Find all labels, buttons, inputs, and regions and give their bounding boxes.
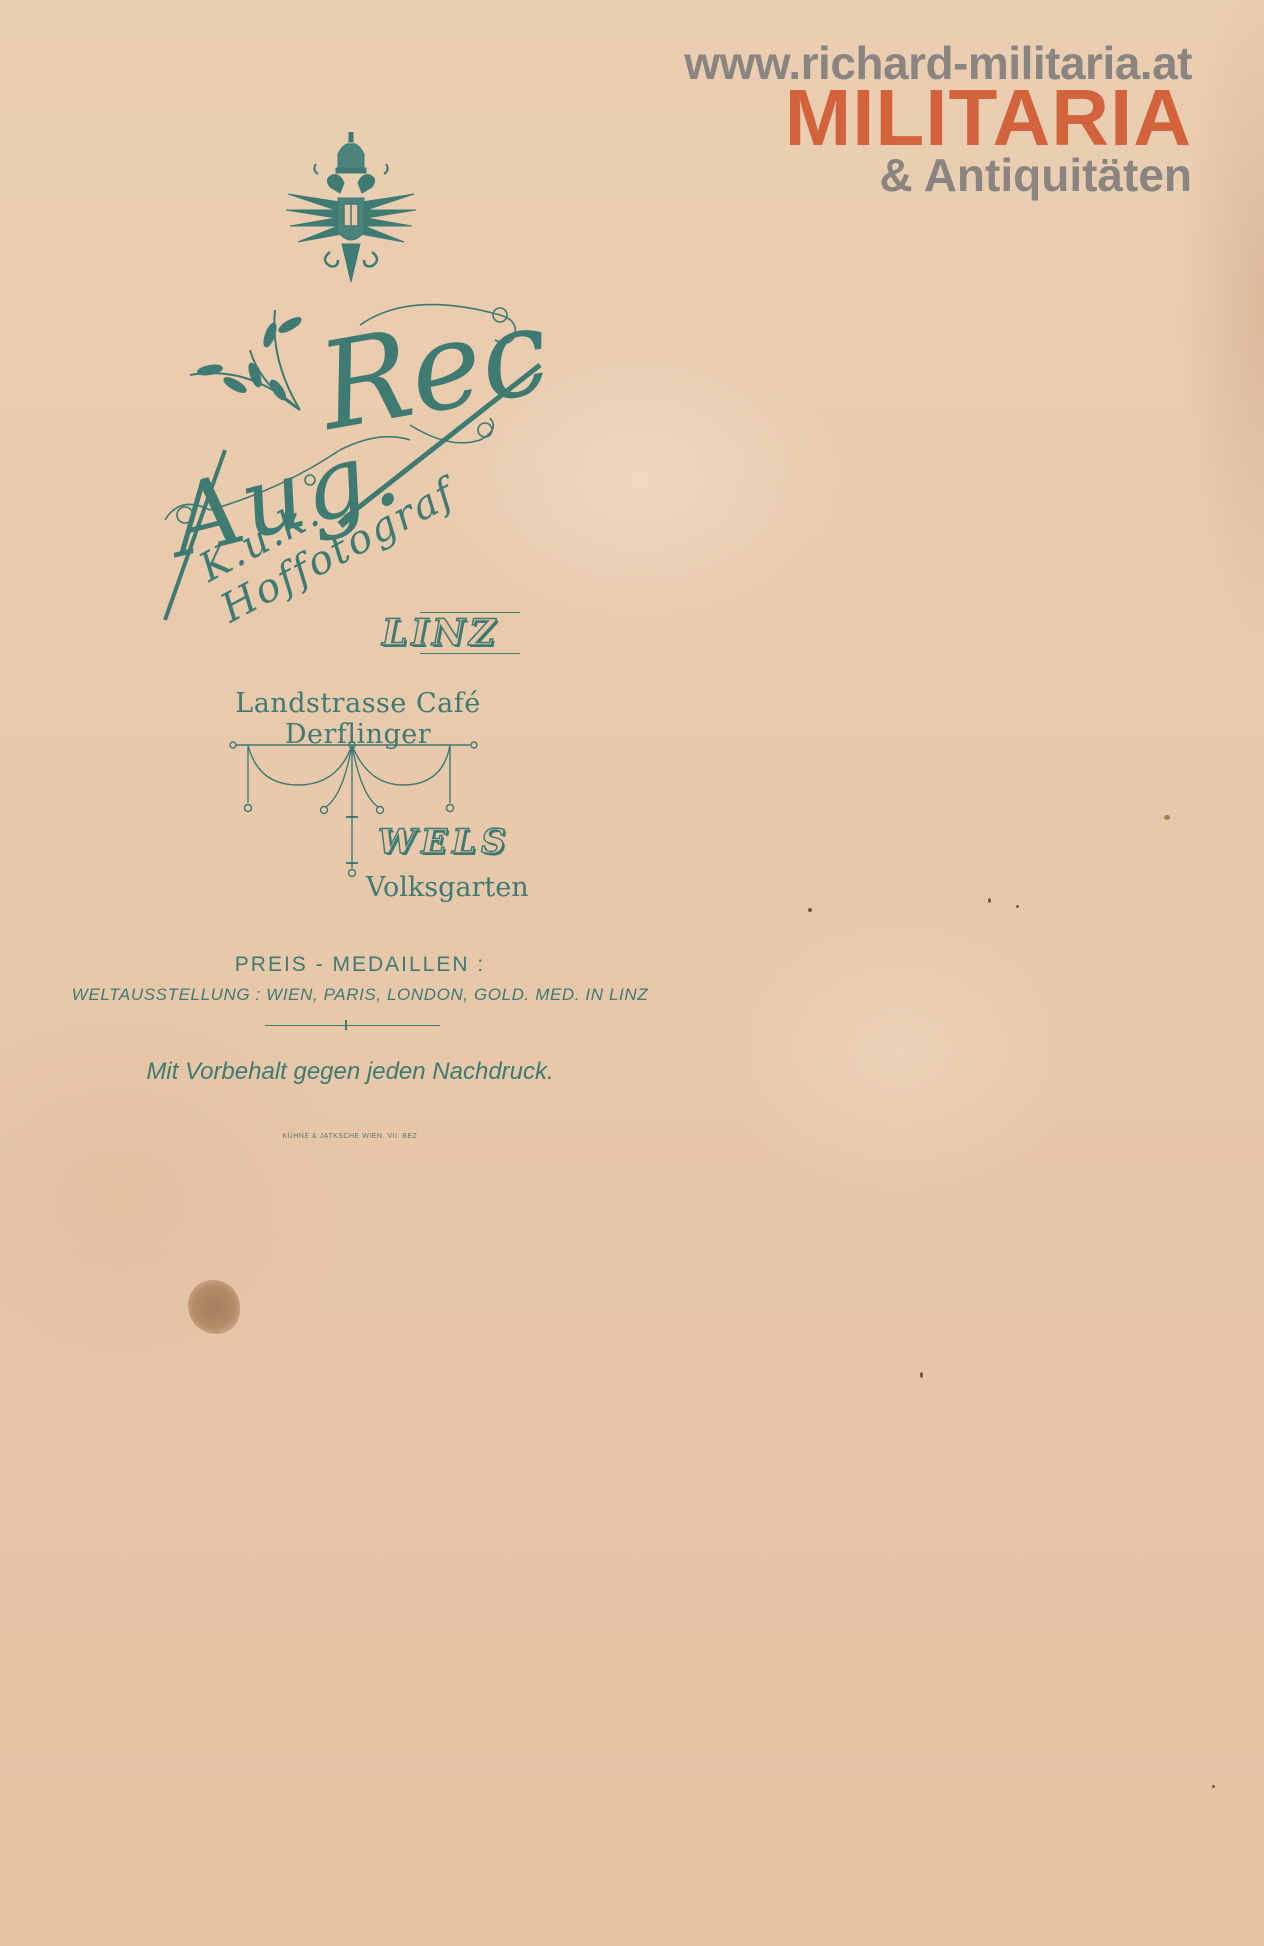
divider-tick: [345, 1020, 347, 1030]
cabinet-card-back: www.richard-militaria.at MILITARIA & Ant…: [0, 0, 1264, 1946]
city-linz-label: LINZ: [360, 610, 520, 656]
dotted-rule: [420, 653, 520, 654]
divider-rule: [265, 1025, 440, 1026]
city-wels: WELS: [378, 822, 511, 862]
foxing-stain: [188, 1280, 240, 1334]
awards-list: WELTAUSSTELLUNG : WIEN, PARIS, LONDON, G…: [60, 985, 660, 1005]
paper-speck: [920, 1372, 923, 1378]
awards-heading: PREIS - MEDAILLEN :: [0, 953, 720, 977]
printer-credit: KÜHNE & JATKSCHE WIEN. VII. BEZ: [260, 1133, 440, 1140]
watermark-brand: MILITARIA: [684, 78, 1192, 158]
watermark-subtitle: & Antiquitäten: [684, 152, 1192, 198]
paper-speck: [988, 898, 991, 903]
paper-speck: [1164, 815, 1170, 820]
hanging-ornament-icon: [228, 735, 478, 885]
watermark: www.richard-militaria.at MILITARIA & Ant…: [684, 40, 1192, 198]
double-headed-eagle-crest-icon: [280, 132, 430, 307]
paper-speck: [1212, 1785, 1215, 1788]
copyright-note: Mit Vorbehalt gegen jeden Nachdruck.: [140, 1058, 560, 1086]
paper-speck: [1016, 905, 1019, 908]
paper-speck: [808, 908, 812, 912]
wels-address: Volksgarten: [366, 872, 529, 903]
city-linz: LINZ: [382, 612, 499, 654]
